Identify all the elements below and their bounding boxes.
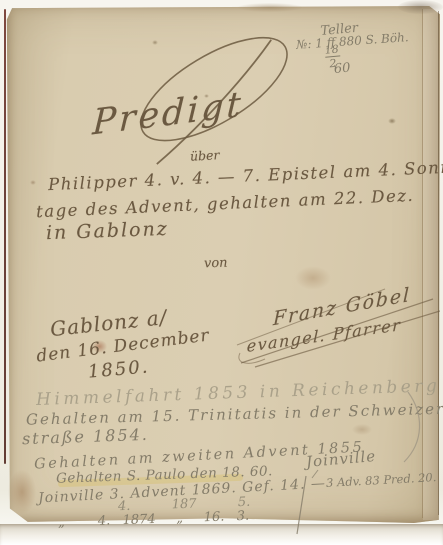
annotation-amount: 60 [333,62,351,77]
right-edge-strip [423,9,438,520]
signature-flourish [235,283,440,368]
connector-von: von [204,257,228,271]
manuscript-scan: Teller 182 60 №: 1 ff 880 S. Böh. Predig… [0,0,443,545]
annotation-top-right-line1: Teller 182 60 [302,8,363,99]
title-preposition: über [190,148,220,163]
scripture-line3: in Gablonz [46,220,169,244]
page-right-edge [438,11,439,515]
binding-edge-line [4,9,6,464]
